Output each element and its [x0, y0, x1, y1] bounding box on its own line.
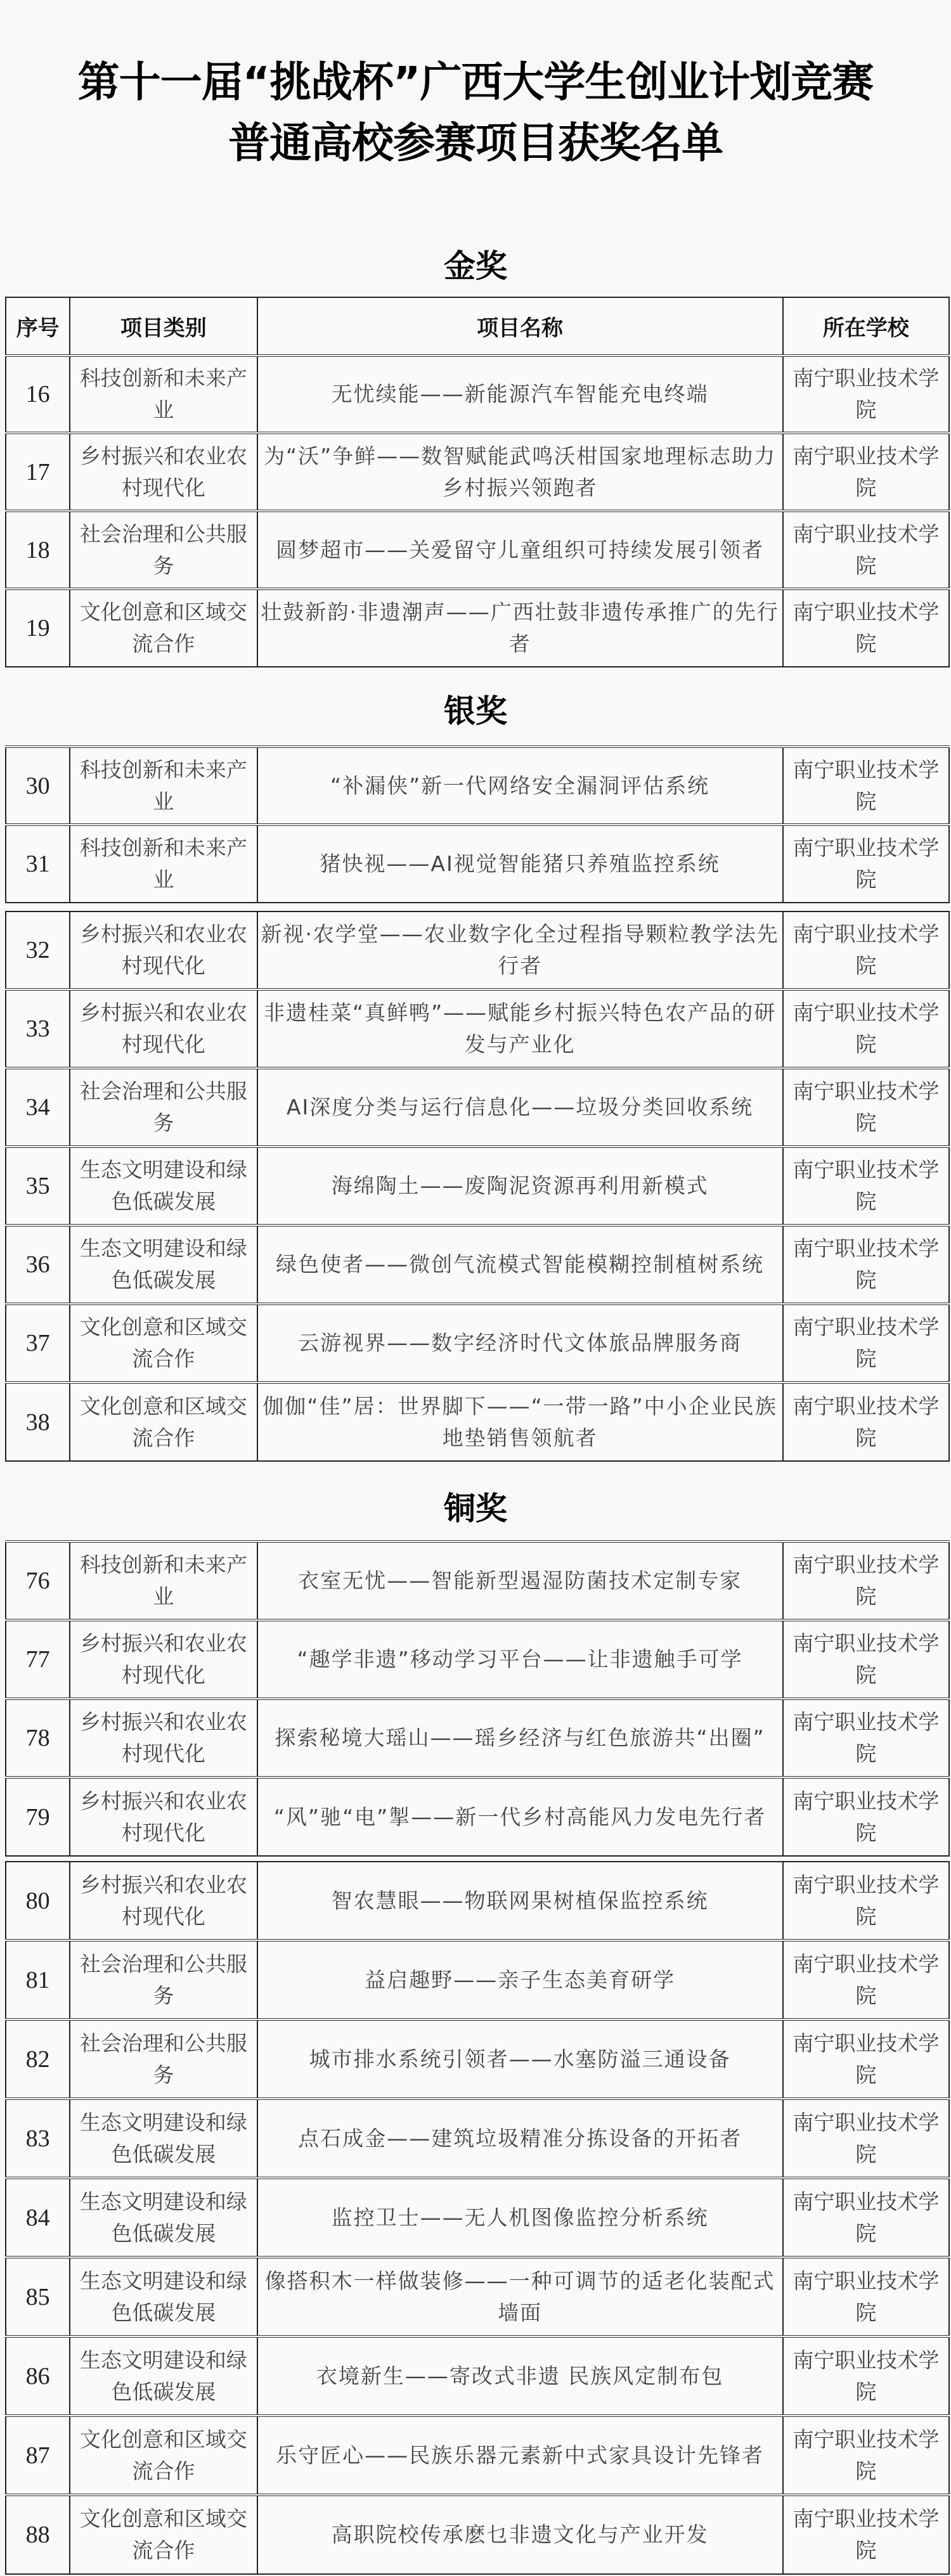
row-no: 81: [6, 1940, 70, 2019]
row-no: 79: [6, 1777, 70, 1856]
row-category: 生态文明建设和绿色低碳发展: [70, 2257, 257, 2336]
row-school: 南宁职业技术学院: [783, 1225, 949, 1304]
row-project-name: 高职院校传承麽乜非遗文化与产业开发: [257, 2495, 783, 2574]
table-row: 19 文化创意和区域交流合作 壮鼓新韵·非遗潮声——广西壮鼓非遗传承推广的先行者…: [6, 589, 949, 667]
table-row: 78 乡村振兴和农业农村现代化 探索秘境大瑶山——瑶乡经济与红色旅游共“出圈” …: [6, 1699, 949, 1777]
table-row: 30 科技创新和未来产业 “补漏侠”新一代网络安全漏洞评估系统 南宁职业技术学院: [6, 747, 949, 825]
row-project-name: 非遗桂菜“真鲜鸭”——赋能乡村振兴特色农产品的研发与产业化: [257, 989, 783, 1068]
table-row: 35 生态文明建设和绿色低碳发展 海绵陶土——废陶泥资源再利用新模式 南宁职业技…: [6, 1147, 949, 1225]
row-project-name: 海绵陶土——废陶泥资源再利用新模式: [257, 1147, 783, 1225]
row-no: 37: [6, 1304, 70, 1382]
row-school: 南宁职业技术学院: [783, 1620, 949, 1699]
row-school: 南宁职业技术学院: [783, 1304, 949, 1382]
row-no: 16: [6, 356, 70, 433]
row-project-name: 新视·农学堂——农业数字化全过程指导颗粒教学法先行者: [257, 911, 783, 989]
row-category: 社会治理和公共服务: [70, 511, 257, 589]
table-row: 79 乡村振兴和农业农村现代化 “风”驰“电”掣——新一代乡村高能风力发电先行者…: [6, 1777, 949, 1856]
table-row: 36 生态文明建设和绿色低碳发展 绿色使者——微创气流模式智能模糊控制植树系统 …: [6, 1225, 949, 1304]
row-project-name: AI深度分类与运行信息化——垃圾分类回收系统: [257, 1068, 783, 1147]
row-no: 17: [6, 433, 70, 511]
table-row: 83 生态文明建设和绿色低碳发展 点石成金——建筑垃圾精准分拣设备的开拓者 南宁…: [6, 2099, 949, 2178]
row-no: 31: [6, 825, 70, 903]
row-category: 乡村振兴和农业农村现代化: [70, 1862, 257, 1940]
row-no: 80: [6, 1862, 70, 1940]
row-no: 30: [6, 747, 70, 825]
row-project-name: 为“沃”争鲜——数智赋能武鸣沃柑国家地理标志助力乡村振兴领跑者: [257, 433, 783, 511]
row-category: 文化创意和区域交流合作: [70, 1382, 257, 1461]
table-row: 86 生态文明建设和绿色低碳发展 衣境新生——寄改式非遗 民族风定制布包 南宁职…: [6, 2336, 949, 2416]
silver-award-heading: 银奖: [0, 692, 951, 730]
row-no: 84: [6, 2178, 70, 2257]
row-category: 乡村振兴和农业农村现代化: [70, 989, 257, 1068]
row-category: 生态文明建设和绿色低碳发展: [70, 1147, 257, 1225]
row-category: 科技创新和未来产业: [70, 825, 257, 903]
row-school: 南宁职业技术学院: [783, 1862, 949, 1940]
row-no: 18: [6, 511, 70, 589]
table-row: 87 文化创意和区域交流合作 乐守匠心——民族乐器元素新中式家具设计先锋者 南宁…: [6, 2416, 949, 2495]
header-no: 序号: [6, 297, 70, 356]
silver-award-table-part1: 30 科技创新和未来产业 “补漏侠”新一代网络安全漏洞评估系统 南宁职业技术学院…: [5, 745, 950, 903]
row-category: 生态文明建设和绿色低碳发展: [70, 2178, 257, 2257]
row-no: 77: [6, 1620, 70, 1699]
row-school: 南宁职业技术学院: [783, 2257, 949, 2336]
row-project-name: 乐守匠心——民族乐器元素新中式家具设计先锋者: [257, 2416, 783, 2495]
row-no: 86: [6, 2336, 70, 2416]
gold-award-heading: 金奖: [0, 247, 951, 285]
header-name: 项目名称: [257, 297, 783, 356]
table-row: 16 科技创新和未来产业 无忧续能——新能源汽车智能充电终端 南宁职业技术学院: [6, 356, 949, 433]
row-no: 83: [6, 2099, 70, 2178]
row-category: 科技创新和未来产业: [70, 747, 257, 825]
row-category: 科技创新和未来产业: [70, 356, 257, 433]
table-row: 31 科技创新和未来产业 猪快视——AI视觉智能猪只养殖监控系统 南宁职业技术学…: [6, 825, 949, 903]
row-no: 82: [6, 2019, 70, 2099]
bronze-award-table-part2: 80 乡村振兴和农业农村现代化 智农慧眼——物联网果树植保监控系统 南宁职业技术…: [5, 1861, 950, 2575]
table-row: 18 社会治理和公共服务 圆梦超市——关爱留守儿童组织可持续发展引领者 南宁职业…: [6, 511, 949, 589]
row-school: 南宁职业技术学院: [783, 1147, 949, 1225]
row-school: 南宁职业技术学院: [783, 1940, 949, 2019]
row-no: 34: [6, 1068, 70, 1147]
row-no: 36: [6, 1225, 70, 1304]
row-project-name: 智农慧眼——物联网果树植保监控系统: [257, 1862, 783, 1940]
row-project-name: 衣境新生——寄改式非遗 民族风定制布包: [257, 2336, 783, 2416]
row-project-name: 壮鼓新韵·非遗潮声——广西壮鼓非遗传承推广的先行者: [257, 589, 783, 667]
row-project-name: 益启趣野——亲子生态美育研学: [257, 1940, 783, 2019]
table-row: 81 社会治理和公共服务 益启趣野——亲子生态美育研学 南宁职业技术学院: [6, 1940, 949, 2019]
row-school: 南宁职业技术学院: [783, 2019, 949, 2099]
row-no: 85: [6, 2257, 70, 2336]
row-category: 生态文明建设和绿色低碳发展: [70, 2336, 257, 2416]
row-project-name: 云游视界——数字经济时代文体旅品牌服务商: [257, 1304, 783, 1382]
row-school: 南宁职业技术学院: [783, 2178, 949, 2257]
table-row: 32 乡村振兴和农业农村现代化 新视·农学堂——农业数字化全过程指导颗粒教学法先…: [6, 911, 949, 989]
table-row: 85 生态文明建设和绿色低碳发展 像搭积木一样做装修——一种可调节的适老化装配式…: [6, 2257, 949, 2336]
row-school: 南宁职业技术学院: [783, 825, 949, 903]
row-category: 文化创意和区域交流合作: [70, 2416, 257, 2495]
table-row: 37 文化创意和区域交流合作 云游视界——数字经济时代文体旅品牌服务商 南宁职业…: [6, 1304, 949, 1382]
row-school: 南宁职业技术学院: [783, 1777, 949, 1856]
row-category: 乡村振兴和农业农村现代化: [70, 1777, 257, 1856]
document-title-line2: 普通高校参赛项目获奖名单: [0, 113, 951, 174]
row-school: 南宁职业技术学院: [783, 2099, 949, 2178]
row-category: 乡村振兴和农业农村现代化: [70, 433, 257, 511]
table-row: 88 文化创意和区域交流合作 高职院校传承麽乜非遗文化与产业开发 南宁职业技术学…: [6, 2495, 949, 2574]
row-school: 南宁职业技术学院: [783, 1542, 949, 1620]
table-row: 17 乡村振兴和农业农村现代化 为“沃”争鲜——数智赋能武鸣沃柑国家地理标志助力…: [6, 433, 949, 511]
row-school: 南宁职业技术学院: [783, 2416, 949, 2495]
row-no: 38: [6, 1382, 70, 1461]
row-project-name: 猪快视——AI视觉智能猪只养殖监控系统: [257, 825, 783, 903]
row-school: 南宁职业技术学院: [783, 2336, 949, 2416]
row-no: 88: [6, 2495, 70, 2574]
row-category: 社会治理和公共服务: [70, 2019, 257, 2099]
row-category: 文化创意和区域交流合作: [70, 589, 257, 667]
row-project-name: “风”驰“电”掣——新一代乡村高能风力发电先行者: [257, 1777, 783, 1856]
silver-award-table-part2: 32 乡村振兴和农业农村现代化 新视·农学堂——农业数字化全过程指导颗粒教学法先…: [5, 911, 950, 1462]
header-school: 所在学校: [783, 297, 949, 356]
row-project-name: 像搭积木一样做装修——一种可调节的适老化装配式墙面: [257, 2257, 783, 2336]
gold-award-table: 序号 项目类别 项目名称 所在学校 16 科技创新和未来产业 无忧续能——新能源…: [5, 297, 950, 667]
bronze-award-heading: 铜奖: [0, 1490, 951, 1528]
row-category: 社会治理和公共服务: [70, 1068, 257, 1147]
row-project-name: 城市排水系统引领者——水塞防溢三通设备: [257, 2019, 783, 2099]
row-no: 19: [6, 589, 70, 667]
row-category: 文化创意和区域交流合作: [70, 2495, 257, 2574]
row-school: 南宁职业技术学院: [783, 1382, 949, 1461]
table-row: 80 乡村振兴和农业农村现代化 智农慧眼——物联网果树植保监控系统 南宁职业技术…: [6, 1862, 949, 1940]
row-school: 南宁职业技术学院: [783, 589, 949, 667]
row-school: 南宁职业技术学院: [783, 511, 949, 589]
row-project-name: 点石成金——建筑垃圾精准分拣设备的开拓者: [257, 2099, 783, 2178]
row-project-name: 圆梦超市——关爱留守儿童组织可持续发展引领者: [257, 511, 783, 589]
table-header-row: 序号 项目类别 项目名称 所在学校: [6, 297, 949, 356]
row-school: 南宁职业技术学院: [783, 1699, 949, 1777]
table-row: 33 乡村振兴和农业农村现代化 非遗桂菜“真鲜鸭”——赋能乡村振兴特色农产品的研…: [6, 989, 949, 1068]
header-category: 项目类别: [70, 297, 257, 356]
row-project-name: 监控卫士——无人机图像监控分析系统: [257, 2178, 783, 2257]
table-row: 34 社会治理和公共服务 AI深度分类与运行信息化——垃圾分类回收系统 南宁职业…: [6, 1068, 949, 1147]
row-school: 南宁职业技术学院: [783, 2495, 949, 2574]
row-school: 南宁职业技术学院: [783, 747, 949, 825]
row-no: 32: [6, 911, 70, 989]
row-no: 76: [6, 1542, 70, 1620]
row-no: 35: [6, 1147, 70, 1225]
table-row: 38 文化创意和区域交流合作 伽伽“佳”居：世界脚下——“一带一路”中小企业民族…: [6, 1382, 949, 1461]
row-no: 87: [6, 2416, 70, 2495]
table-row: 82 社会治理和公共服务 城市排水系统引领者——水塞防溢三通设备 南宁职业技术学…: [6, 2019, 949, 2099]
row-category: 生态文明建设和绿色低碳发展: [70, 1225, 257, 1304]
row-no: 78: [6, 1699, 70, 1777]
row-category: 乡村振兴和农业农村现代化: [70, 1620, 257, 1699]
row-school: 南宁职业技术学院: [783, 433, 949, 511]
row-project-name: 伽伽“佳”居：世界脚下——“一带一路”中小企业民族地垫销售领航者: [257, 1382, 783, 1461]
row-school: 南宁职业技术学院: [783, 911, 949, 989]
bronze-award-table-part1: 76 科技创新和未来产业 衣室无忧——智能新型遏湿防菌技术定制专家 南宁职业技术…: [5, 1540, 950, 1857]
row-category: 科技创新和未来产业: [70, 1542, 257, 1620]
row-category: 社会治理和公共服务: [70, 1940, 257, 2019]
row-project-name: “补漏侠”新一代网络安全漏洞评估系统: [257, 747, 783, 825]
table-row: 77 乡村振兴和农业农村现代化 “趣学非遗”移动学习平台——让非遗触手可学 南宁…: [6, 1620, 949, 1699]
row-school: 南宁职业技术学院: [783, 989, 949, 1068]
row-category: 文化创意和区域交流合作: [70, 1304, 257, 1382]
row-project-name: “趣学非遗”移动学习平台——让非遗触手可学: [257, 1620, 783, 1699]
row-category: 生态文明建设和绿色低碳发展: [70, 2099, 257, 2178]
row-category: 乡村振兴和农业农村现代化: [70, 911, 257, 989]
row-school: 南宁职业技术学院: [783, 356, 949, 433]
row-category: 乡村振兴和农业农村现代化: [70, 1699, 257, 1777]
table-row: 76 科技创新和未来产业 衣室无忧——智能新型遏湿防菌技术定制专家 南宁职业技术…: [6, 1542, 949, 1620]
row-project-name: 衣室无忧——智能新型遏湿防菌技术定制专家: [257, 1542, 783, 1620]
row-project-name: 无忧续能——新能源汽车智能充电终端: [257, 356, 783, 433]
row-no: 33: [6, 989, 70, 1068]
table-row: 84 生态文明建设和绿色低碳发展 监控卫士——无人机图像监控分析系统 南宁职业技…: [6, 2178, 949, 2257]
row-project-name: 绿色使者——微创气流模式智能模糊控制植树系统: [257, 1225, 783, 1304]
row-school: 南宁职业技术学院: [783, 1068, 949, 1147]
document-title-line1: 第十一届“挑战杯”广西大学生创业计划竞赛: [0, 52, 951, 113]
row-project-name: 探索秘境大瑶山——瑶乡经济与红色旅游共“出圈”: [257, 1699, 783, 1777]
